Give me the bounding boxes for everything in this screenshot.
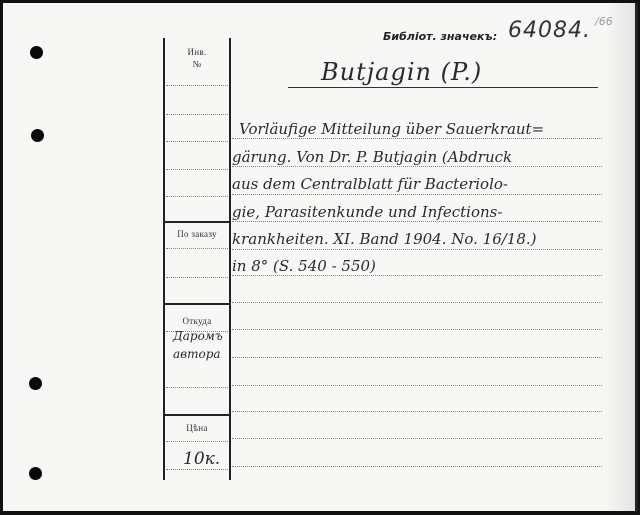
rule-line — [166, 277, 228, 278]
rule-line — [232, 221, 602, 222]
source-value-line1: Даромъ — [173, 329, 223, 343]
rule-line — [166, 469, 228, 470]
entry-line: Vorläufige Mitteilung über Sauerkraut= — [239, 120, 544, 138]
rule-line — [232, 249, 602, 250]
rule-line — [166, 441, 228, 442]
rule-line — [232, 329, 602, 330]
rule-line — [232, 385, 602, 386]
rule-line — [232, 194, 602, 195]
price-label: Цѣна — [165, 423, 229, 433]
order-label: По заказу — [165, 229, 229, 239]
shelfmark-value: 64084. — [508, 18, 591, 43]
author-underline — [288, 87, 598, 88]
rule-line — [166, 387, 228, 388]
rule-line — [166, 85, 228, 86]
rule-line — [232, 357, 602, 358]
entry-line: gie, Parasitenkunde und Infections- — [232, 203, 502, 221]
rule-line — [232, 466, 602, 467]
entry-line: krankheiten. XI. Band 1904. No. 16/18.) — [232, 230, 537, 248]
section-divider — [163, 414, 231, 416]
rule-line — [232, 275, 602, 276]
punch-hole — [29, 467, 42, 480]
section-divider — [163, 221, 231, 223]
rule-line — [166, 141, 228, 142]
punch-hole — [29, 377, 42, 390]
price-value: 10к. — [183, 449, 220, 469]
entry-line: gärung. Von Dr. P. Butjagin (Abdruck — [232, 148, 512, 166]
card-edge-shadow — [605, 3, 635, 511]
inventory-label: Инв. — [165, 47, 229, 57]
rule-line — [232, 438, 602, 439]
shelfmark-label: Библіот. значекъ: — [383, 30, 497, 43]
inventory-no-label: № — [165, 59, 229, 69]
entry-line: aus dem Centralblatt für Bacteriolo- — [232, 175, 508, 193]
rule-line — [166, 169, 228, 170]
punch-hole — [31, 129, 44, 142]
source-value-line2: автора — [173, 347, 221, 361]
rule-line — [166, 114, 228, 115]
rule-line — [166, 248, 228, 249]
author-heading: Butjagin (P.) — [321, 58, 482, 86]
rule-line — [232, 411, 602, 412]
rule-line — [232, 166, 602, 167]
rule-line — [232, 302, 602, 303]
catalog-card: Библіот. значекъ: 64084. /66 Butjagin (P… — [3, 3, 638, 511]
shelfmark-suffix: /66 — [595, 15, 613, 28]
source-label: Откуда — [165, 316, 229, 326]
rule-line — [166, 196, 228, 197]
punch-hole — [30, 46, 43, 59]
rule-line — [232, 138, 602, 139]
section-divider — [163, 303, 231, 305]
entry-line: in 8° (S. 540 - 550) — [232, 257, 376, 275]
